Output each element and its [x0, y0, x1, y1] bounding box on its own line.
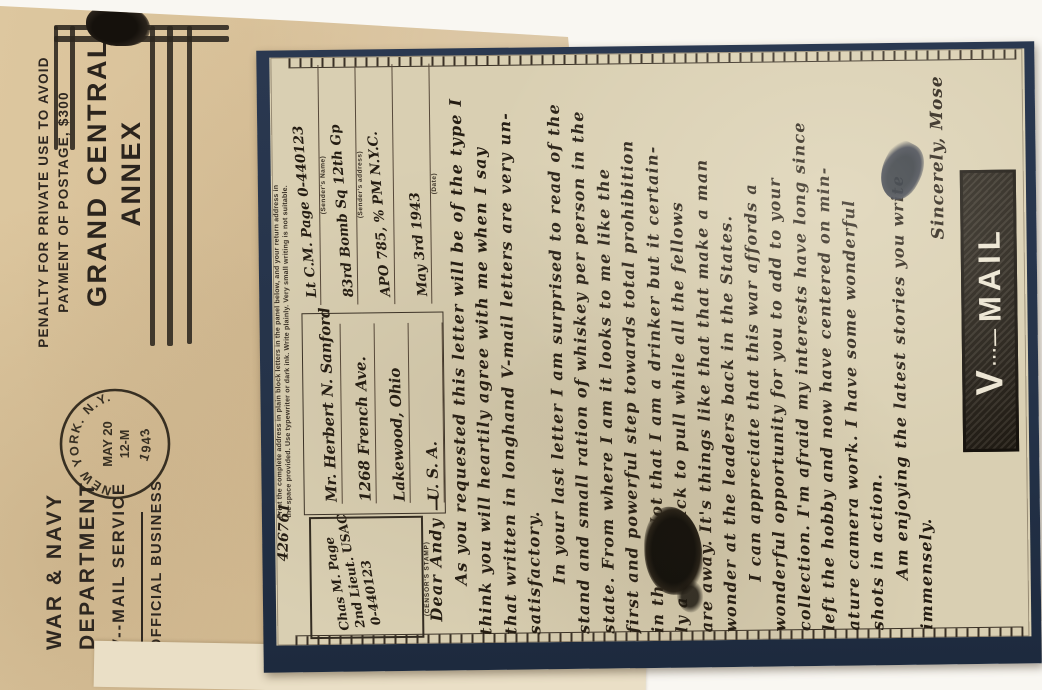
message-line: first and powerful step towards total pr…: [617, 140, 642, 634]
penalty-line-1: PENALTY FOR PRIVATE USE TO AVOID: [34, 52, 54, 352]
ink-smudge: [871, 136, 933, 206]
sender-row: 83rd Bomb Sq 12th Gp: [327, 65, 358, 305]
addressee-text: Lakewood, Ohio: [386, 367, 409, 501]
addressee-row: Mr. Herbert N. Sanford: [307, 324, 343, 504]
message-line: think you will heartily agree with me wh…: [470, 147, 495, 636]
postmark-year: 1943: [136, 425, 154, 463]
cancel-bar: [167, 26, 173, 346]
message-line: immensely.: [916, 517, 936, 629]
sender-block: Lt C.M. Page 0-440123(Sender's Name)83rd…: [290, 64, 441, 306]
sender-text: 83rd Bomb Sq 12th Gp: [327, 124, 357, 298]
cancel-bar: [150, 26, 155, 346]
addressee-row: Lakewood, Ohio: [375, 323, 411, 503]
addressee-box: Mr. Herbert N. Sanford1268 French Ave.La…: [301, 312, 445, 516]
cancellation-slogan: GRAND CENTRAL ANNEX: [80, 39, 148, 307]
addressee-text: U. S. A.: [422, 441, 442, 501]
message-line: I can appreciate that this war affords a: [740, 183, 764, 582]
ink-smudge: [86, 4, 150, 46]
cancel-line-2: ANNEX: [114, 39, 148, 307]
cancel-bar: [54, 26, 58, 150]
vmail-logo-v: V: [971, 370, 1009, 396]
vmail-logo: V ···— MAIL: [960, 170, 1019, 453]
vmail-logo-mail: MAIL: [973, 226, 1005, 322]
message-line: wonderful opportunity for you to add to …: [765, 177, 790, 632]
vmail-photograph: Print the complete address in plain bloc…: [256, 41, 1042, 672]
message-line: state. From where I am it looks to me li…: [593, 168, 618, 634]
censor-ink-blot-small: [677, 580, 703, 612]
message-line: Am enjoying the latest stories you write: [887, 175, 911, 580]
message-line: collection. I'm afraid my interests have…: [789, 121, 814, 631]
addressee-text: Mr. Herbert N. Sanford: [315, 307, 340, 502]
sender-text: Lt C.M. Page 0-440123: [290, 125, 320, 298]
vmail-form: Print the complete address in plain bloc…: [269, 48, 1031, 645]
addressee-row: U. S. A.: [409, 323, 445, 503]
message-line: Dear Andy —: [426, 494, 447, 622]
message-line: As you requested this letter will be of …: [445, 98, 470, 586]
message-line: In your last letter I am surprised to re…: [543, 103, 568, 584]
sender-text: APO 785, % PM N.Y.C.: [365, 131, 395, 298]
message-line: stand and small ration of whiskey per pe…: [568, 110, 593, 634]
message-line: left the hobby and now have centered on …: [814, 166, 839, 631]
serial-number: 426761: [275, 503, 292, 562]
cancel-bar: [187, 26, 192, 344]
addressee-row: 1268 French Ave.: [341, 323, 377, 503]
censor-signature: Chas M. Page2nd Lieut. USAC0-440123: [319, 515, 385, 632]
postmark-time: 12-M: [118, 430, 132, 458]
scanned-vmail-letter-and-envelope: WAR & NAVY DEPARTMENT V--MAIL SERVICE OF…: [0, 0, 1042, 690]
sender-row: May 3rd 1943: [401, 64, 432, 304]
message-line: that written in longhand V-mail letters …: [494, 112, 519, 635]
signature: Sincerely, Mose: [927, 75, 949, 239]
postmark-date: MAY 20: [100, 421, 115, 467]
censor-stamp-box: Chas M. Page2nd Lieut. USAC0-440123: [309, 516, 424, 639]
cancel-line-1: GRAND CENTRAL: [80, 39, 114, 307]
return-block-rule: [141, 512, 143, 642]
message-line: shots in action.: [866, 473, 887, 630]
message-line: wonder at the leaders back in the States…: [716, 215, 740, 632]
vmail-logo-morse: ···—: [985, 328, 1005, 366]
postmark-stamp: NEW YORK. N.Y. 1943 MAY 20 12-M: [56, 385, 174, 503]
svg-text:1943: 1943: [136, 425, 154, 463]
message-line: ature camera work. I have some wonderful: [839, 199, 863, 630]
message-line: satisfactory.: [524, 510, 545, 634]
addressee-text: 1268 French Ave.: [351, 356, 375, 502]
vmail-form-face: Print the complete address in plain bloc…: [270, 48, 1029, 645]
cancel-bar: [70, 26, 75, 150]
sender-row: Lt C.M. Page 0-440123: [290, 65, 321, 305]
sender-row: APO 785, % PM N.Y.C.: [364, 64, 395, 304]
sender-text: May 3rd 1943: [407, 192, 432, 297]
